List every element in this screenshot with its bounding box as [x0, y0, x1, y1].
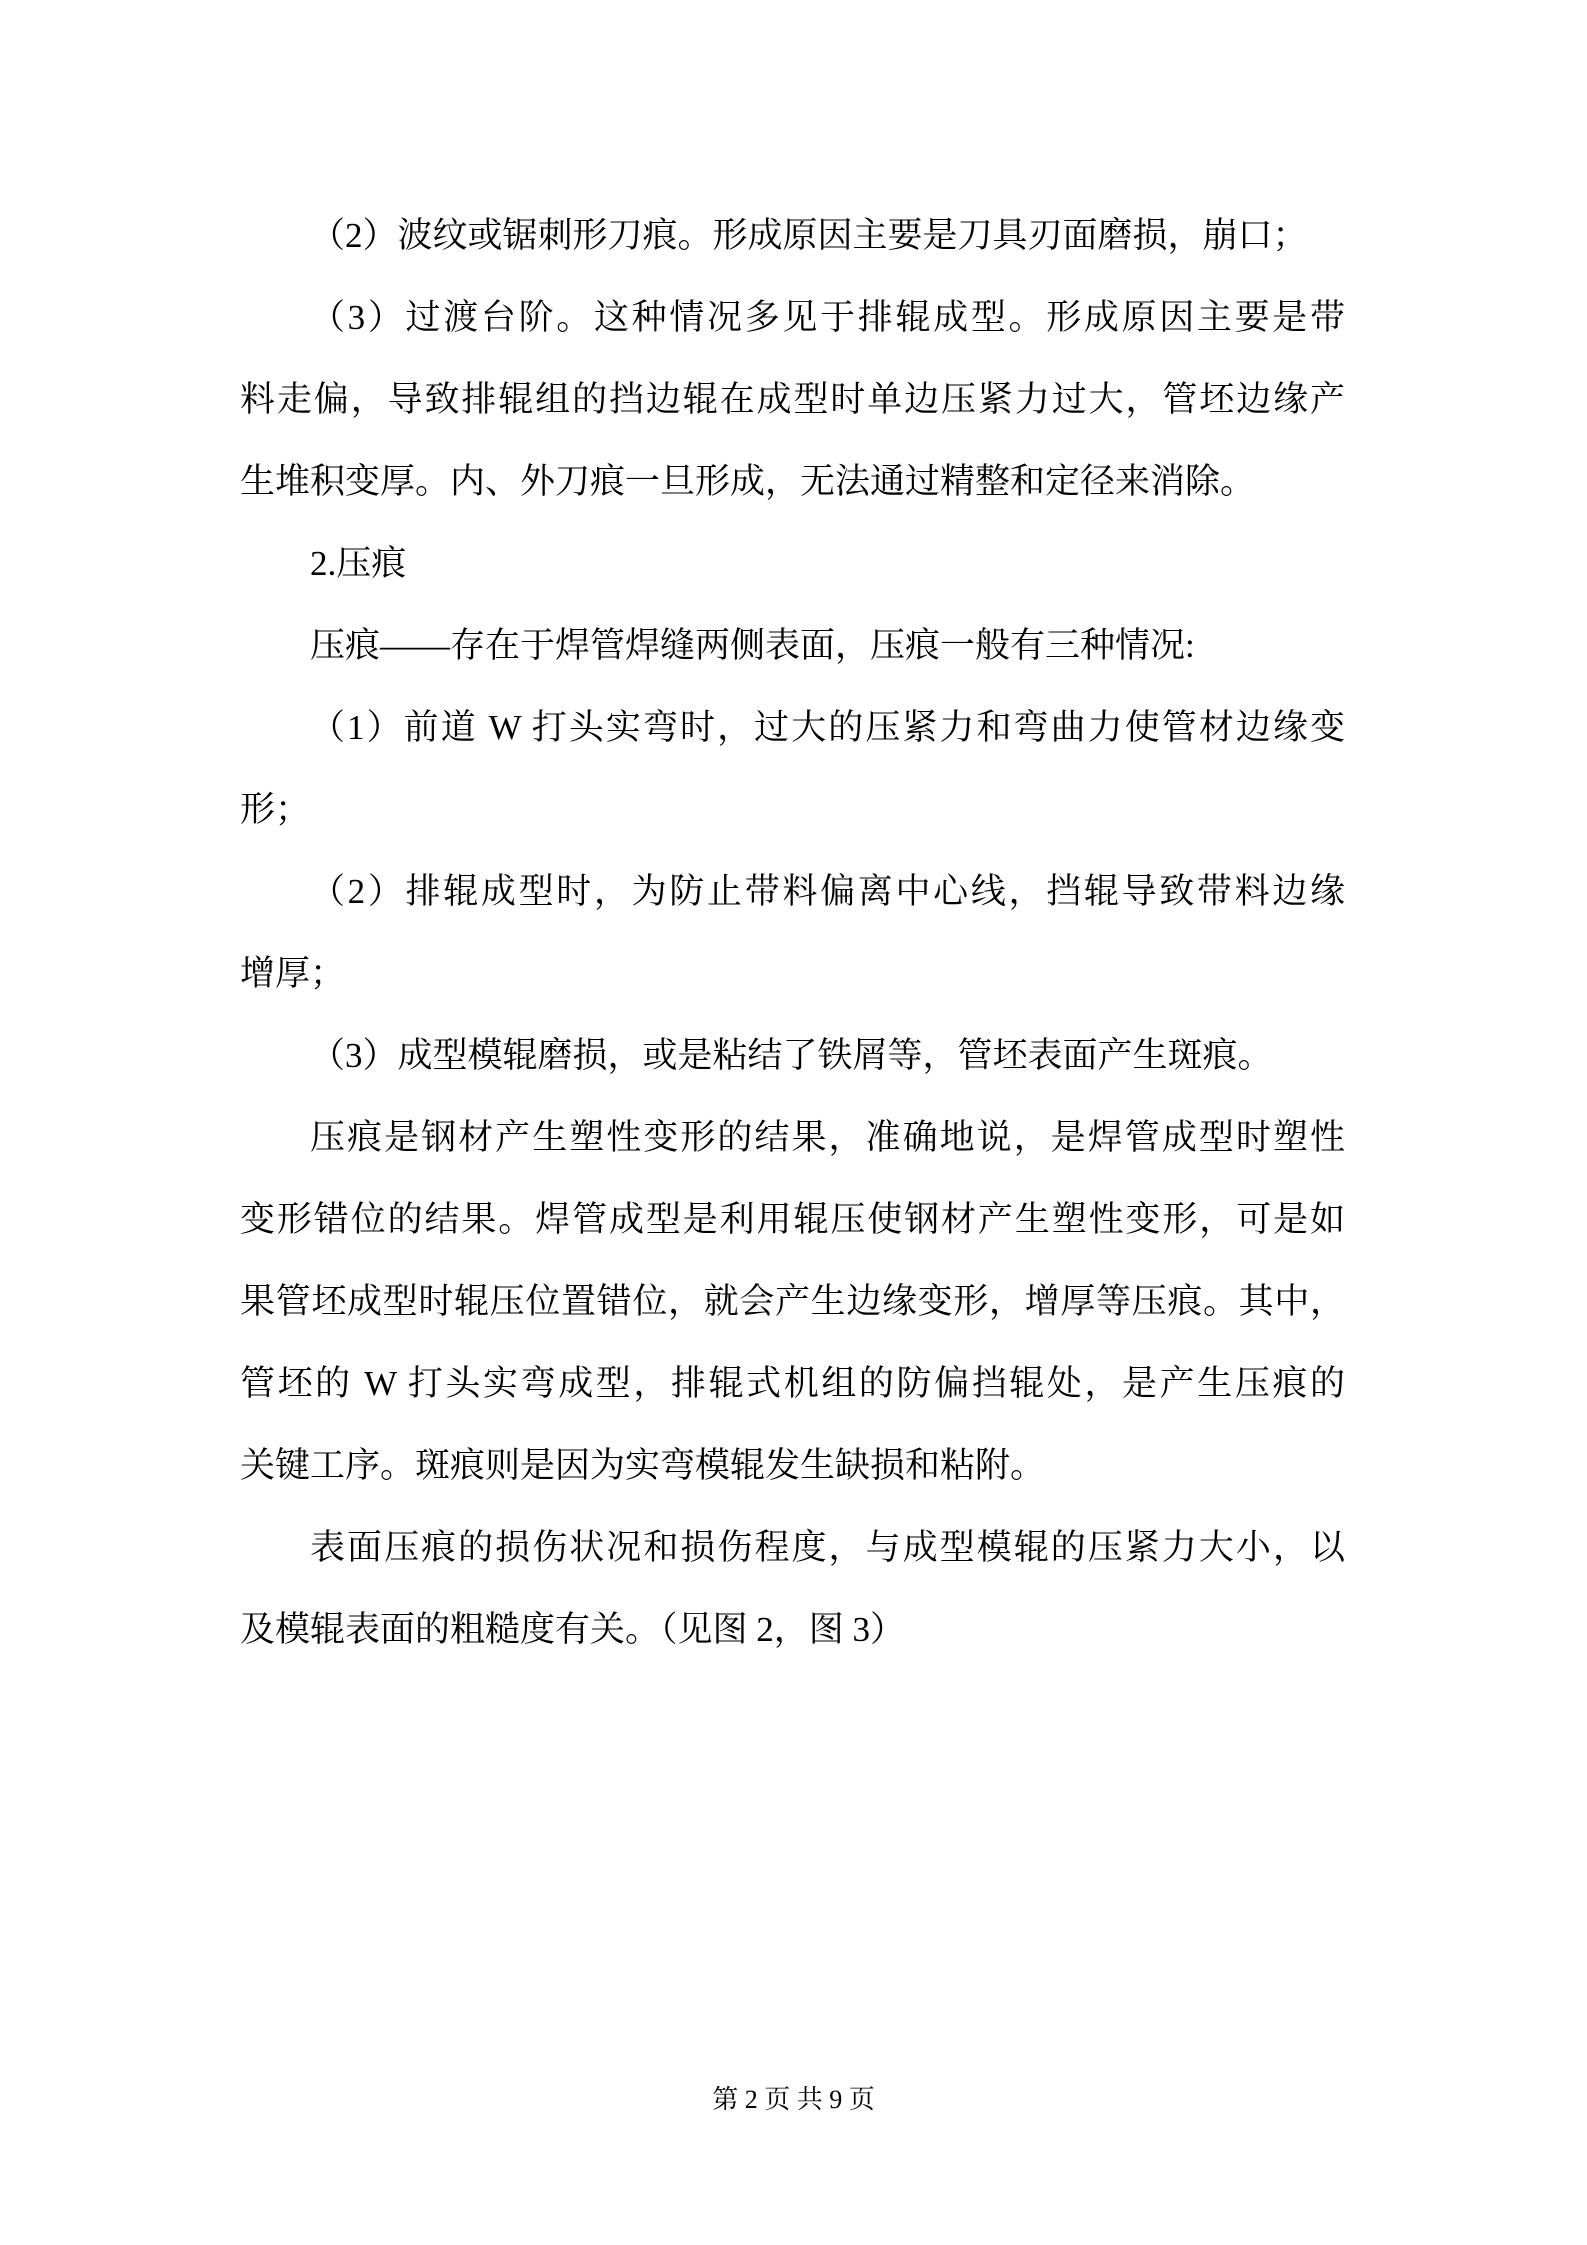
text-line: （1）前道 W 打头实弯时，过大的压紧力和弯曲力使管材边缘变: [240, 687, 1345, 769]
text-line: （2）波纹或锯刺形刀痕。形成原因主要是刀具刃面磨损，崩口；: [240, 195, 1345, 277]
text-line: 生堆积变厚。内、外刀痕一旦形成，无法通过精整和定径来消除。: [240, 441, 1345, 523]
text-line: 料走偏，导致排辊组的挡边辊在成型时单边压紧力过大，管坯边缘产: [240, 359, 1345, 441]
text-line: 表面压痕的损伤状况和损伤程度，与成型模辊的压紧力大小，以: [240, 1507, 1345, 1589]
text-line: 管坯的 W 打头实弯成型，排辊式机组的防偏挡辊处，是产生压痕的: [240, 1343, 1345, 1425]
paragraph: （1）前道 W 打头实弯时，过大的压紧力和弯曲力使管材边缘变形；: [240, 687, 1345, 851]
paragraph: （2）排辊成型时，为防止带料偏离中心线，挡辊导致带料边缘增厚；: [240, 851, 1345, 1015]
paragraph: （3）成型模辊磨损，或是粘结了铁屑等，管坯表面产生斑痕。: [240, 1015, 1345, 1097]
text-line: （3）成型模辊磨损，或是粘结了铁屑等，管坯表面产生斑痕。: [240, 1015, 1345, 1097]
text-line: 2.压痕: [240, 523, 1345, 605]
paragraph: 2.压痕: [240, 523, 1345, 605]
text-line: 及模辊表面的粗糙度有关。（见图 2，图 3）: [240, 1589, 1345, 1671]
paragraph: （2）波纹或锯刺形刀痕。形成原因主要是刀具刃面磨损，崩口；: [240, 195, 1345, 277]
page-number-label: 第 2 页 共 9 页: [712, 2085, 875, 2114]
text-line: 果管坯成型时辊压位置错位，就会产生边缘变形，增厚等压痕。其中，: [240, 1261, 1345, 1343]
text-line: （3）过渡台阶。这种情况多见于排辊成型。形成原因主要是带: [240, 277, 1345, 359]
paragraph: 压痕——存在于焊管焊缝两侧表面，压痕一般有三种情况:: [240, 605, 1345, 687]
text-line: 压痕是钢材产生塑性变形的结果，准确地说，是焊管成型时塑性: [240, 1097, 1345, 1179]
text-line: 形；: [240, 769, 1345, 851]
text-line: 关键工序。斑痕则是因为实弯模辊发生缺损和粘附。: [240, 1425, 1345, 1507]
paragraph: 表面压痕的损伤状况和损伤程度，与成型模辊的压紧力大小，以及模辊表面的粗糙度有关。…: [240, 1507, 1345, 1671]
paragraph: 压痕是钢材产生塑性变形的结果，准确地说，是焊管成型时塑性变形错位的结果。焊管成型…: [240, 1097, 1345, 1507]
page-footer: 第 2 页 共 9 页: [0, 2080, 1587, 2120]
paragraph: （3）过渡台阶。这种情况多见于排辊成型。形成原因主要是带料走偏，导致排辊组的挡边…: [240, 277, 1345, 523]
text-line: （2）排辊成型时，为防止带料偏离中心线，挡辊导致带料边缘: [240, 851, 1345, 933]
text-line: 压痕——存在于焊管焊缝两侧表面，压痕一般有三种情况:: [240, 605, 1345, 687]
document-body: （2）波纹或锯刺形刀痕。形成原因主要是刀具刃面磨损，崩口；（3）过渡台阶。这种情…: [240, 195, 1345, 1671]
text-line: 增厚；: [240, 933, 1345, 1015]
text-line: 变形错位的结果。焊管成型是利用辊压使钢材产生塑性变形，可是如: [240, 1179, 1345, 1261]
document-page: （2）波纹或锯刺形刀痕。形成原因主要是刀具刃面磨损，崩口；（3）过渡台阶。这种情…: [0, 0, 1587, 2245]
